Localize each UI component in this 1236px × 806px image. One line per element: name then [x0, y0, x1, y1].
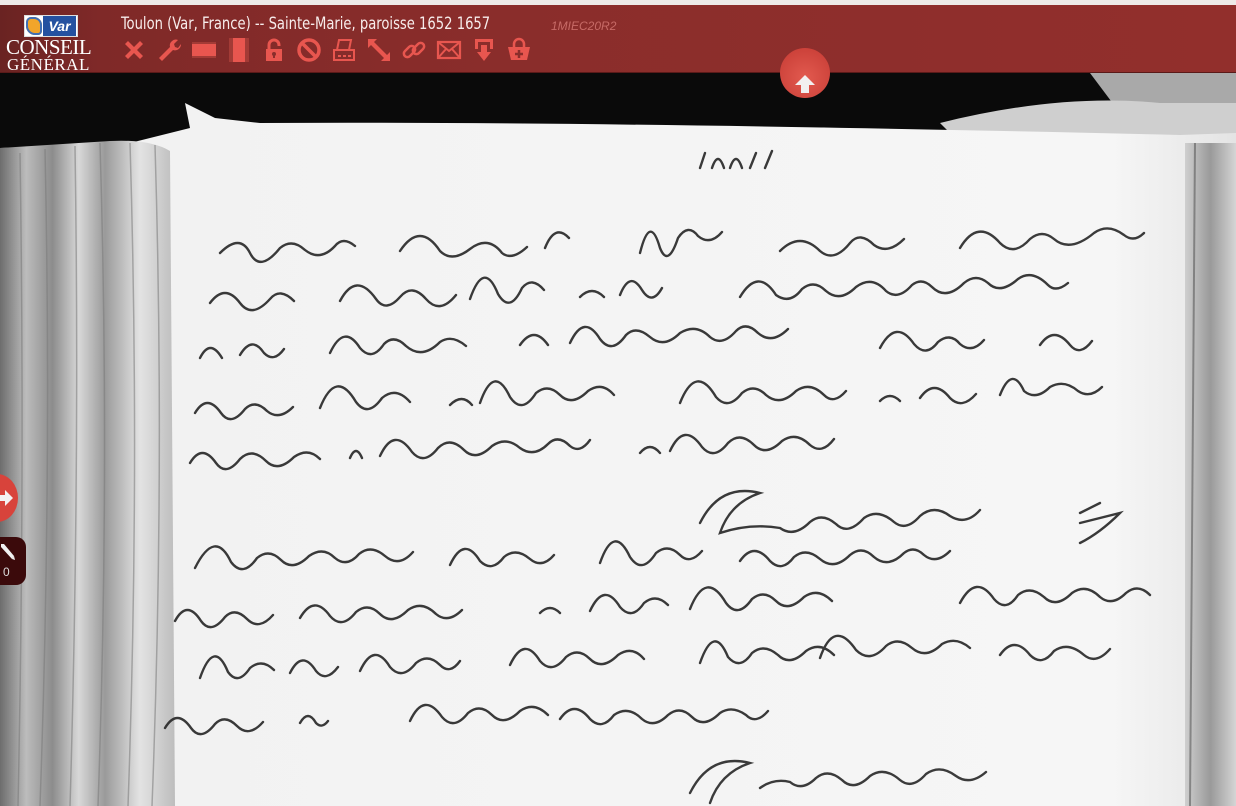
portrait-fit-icon [226, 37, 252, 63]
logo-line-2: GÉNÉRAL [7, 57, 90, 73]
collapse-header-button[interactable] [780, 48, 830, 98]
print-icon [331, 37, 357, 63]
var-badge-text: Var [43, 16, 76, 36]
conseil-general-var-logo[interactable]: Var CONSEIL GÉNÉRAL [4, 13, 92, 71]
fit-width-button[interactable] [188, 35, 220, 65]
mail-icon [436, 37, 462, 63]
annotations-button[interactable]: 0 [0, 537, 26, 585]
image-viewer[interactable]: 1651 [0, 73, 1236, 806]
close-icon [121, 37, 147, 63]
download-button[interactable] [468, 35, 500, 65]
landscape-fit-icon [191, 37, 217, 63]
link-icon [401, 37, 427, 63]
logo-line-1: CONSEIL [6, 37, 91, 57]
add-to-basket-button[interactable] [503, 35, 535, 65]
tools-button[interactable] [153, 35, 185, 65]
arrow-right-icon [0, 489, 14, 507]
arrow-up-icon [794, 74, 816, 94]
var-map-icon [26, 17, 42, 35]
archive-register-scan[interactable] [0, 73, 1236, 806]
fit-height-button[interactable] [223, 35, 255, 65]
viewer-header: Var CONSEIL GÉNÉRAL Toulon (Var, France)… [0, 5, 1236, 73]
pencil-icon [0, 543, 16, 561]
document-title: Toulon (Var, France) -- Sainte-Marie, pa… [121, 14, 490, 34]
print-button[interactable] [328, 35, 360, 65]
document-cote: 1MIEC20R2 [551, 19, 616, 33]
fullscreen-button[interactable] [363, 35, 395, 65]
toolbar [118, 35, 535, 65]
forbidden-icon [296, 37, 322, 63]
unlock-icon [261, 37, 287, 63]
email-button[interactable] [433, 35, 465, 65]
annotation-count: 0 [3, 565, 10, 579]
unlock-button[interactable] [258, 35, 290, 65]
var-badge: Var [24, 15, 78, 37]
report-button[interactable] [293, 35, 325, 65]
wrench-icon [156, 37, 182, 63]
download-icon [471, 37, 497, 63]
link-button[interactable] [398, 35, 430, 65]
fullscreen-icon [366, 37, 392, 63]
close-button[interactable] [118, 35, 150, 65]
basket-add-icon [506, 37, 532, 63]
title-row: Toulon (Var, France) -- Sainte-Marie, pa… [121, 14, 550, 36]
